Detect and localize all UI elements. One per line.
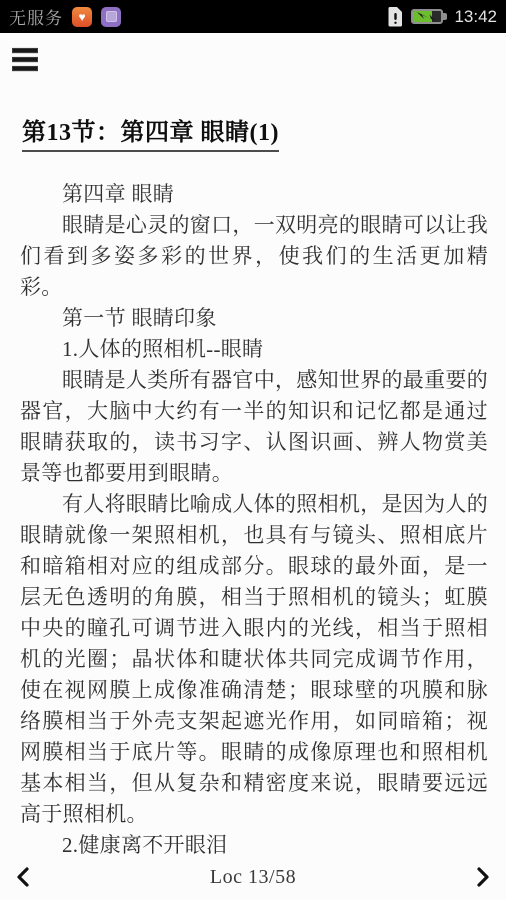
heart-icon: ♥ bbox=[78, 11, 85, 23]
notification-app-orange-icon: ♥ bbox=[72, 7, 92, 27]
next-page-button[interactable] bbox=[473, 864, 493, 890]
paragraph: 眼睛是心灵的窗口，一双明亮的眼睛可以让我们看到多姿多彩的世界，使我们的生活更加精… bbox=[20, 210, 488, 303]
battery-charging-icon bbox=[411, 8, 447, 25]
menu-bar bbox=[12, 48, 38, 53]
pager-bar: Loc 13/58 bbox=[0, 854, 506, 900]
location-indicator: Loc 13/58 bbox=[210, 866, 296, 889]
menu-button[interactable] bbox=[12, 48, 38, 75]
phone-screen: 无服务 ♥ 13:42 bbox=[0, 0, 506, 900]
chapter-body: 第四章 眼睛眼睛是心灵的窗口，一双明亮的眼睛可以让我们看到多姿多彩的世界，使我们… bbox=[20, 179, 488, 861]
notification-app-purple-icon bbox=[101, 7, 121, 27]
status-bar: 无服务 ♥ 13:42 bbox=[0, 0, 506, 33]
app-glyph-icon bbox=[106, 11, 117, 22]
menu-bar bbox=[12, 57, 38, 62]
no-sim-icon bbox=[387, 6, 404, 27]
paragraph: 1.人体的照相机--眼睛 bbox=[20, 334, 488, 365]
chapter-title: 第13节：第四章 眼睛(1) bbox=[22, 112, 279, 152]
paragraph: 第四章 眼睛 bbox=[20, 179, 488, 210]
chevron-left-icon bbox=[15, 866, 31, 888]
menu-bar bbox=[12, 66, 38, 71]
clock: 13:42 bbox=[454, 7, 497, 27]
paragraph: 有人将眼睛比喻成人体的照相机，是因为人的眼睛就像一架照相机，也具有与镜头、照相底… bbox=[20, 489, 488, 830]
chevron-right-icon bbox=[475, 866, 491, 888]
paragraph: 眼睛是人类所有器官中，感知世界的最重要的器官，大脑中大约有一半的知识和记忆都是通… bbox=[20, 365, 488, 489]
previous-page-button[interactable] bbox=[13, 864, 33, 890]
paragraph: 第一节 眼睛印象 bbox=[20, 303, 488, 334]
status-bar-right: 13:42 bbox=[387, 6, 497, 27]
carrier-status-label: 无服务 bbox=[9, 4, 63, 29]
status-bar-left: 无服务 ♥ bbox=[9, 4, 121, 29]
